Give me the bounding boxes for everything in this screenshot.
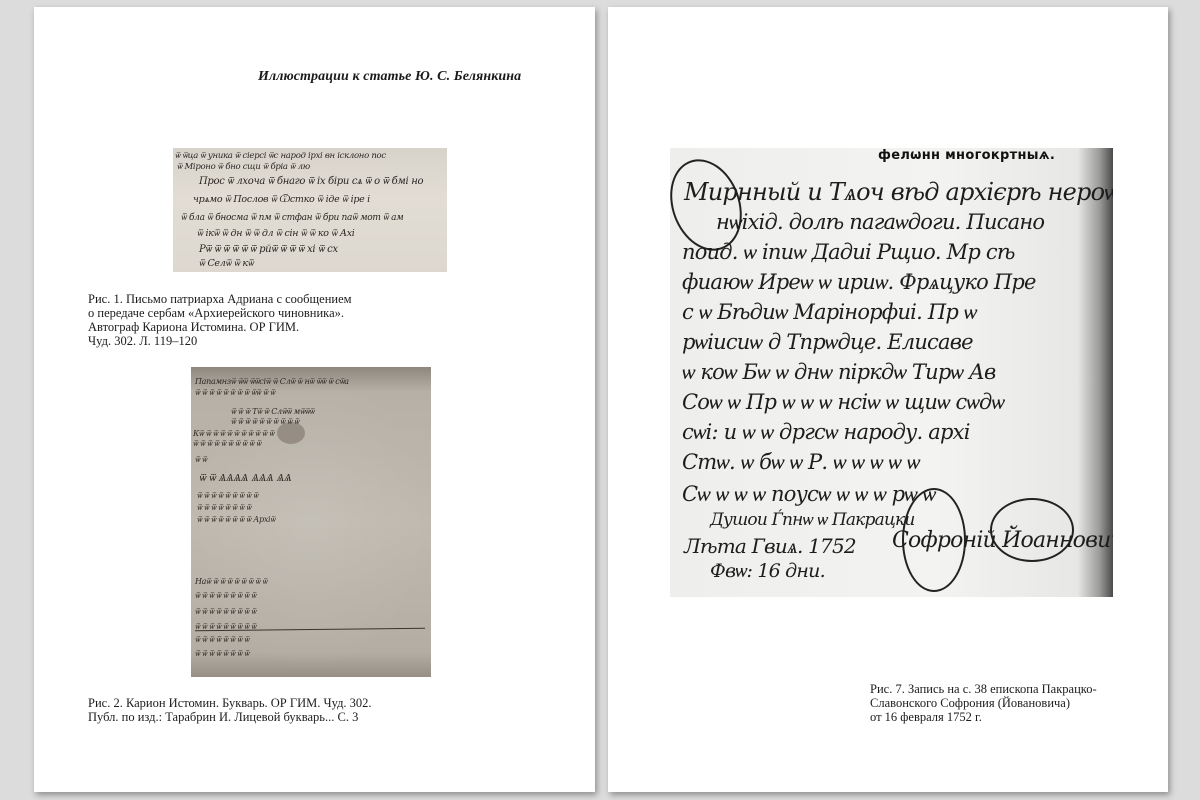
manuscript-line: ѿ ѿ ѿ ѿ ѿ ѿ ѿ ѿ Архіѿ [197, 515, 275, 524]
manuscript-line: рѡіисиѡ д Тпрѡдце. Елисаве [682, 330, 973, 355]
caption-line: Рис. 1. Письмо патриарха Адриана с сообщ… [88, 292, 352, 306]
printed-header: фелѡнн многокртныѧ. [878, 148, 1055, 163]
manuscript-line: ѿ ѿ ѿ ѿ ѿ ѿ ѿ ѿ ѿѿ ѿ ѿ [195, 388, 275, 397]
caption-line: Рис. 2. Карион Истомин. Букварь. ОР ГИМ.… [88, 696, 372, 710]
manuscript-line: Сѡ ѡ ѡ ѡ поусѡ ѡ ѡ ѡ рѡ ѡ [682, 482, 935, 507]
manuscript-line: ѿ ѿ ѿ ѿ ѿ ѿ ѿ ѿ ѿ [195, 607, 256, 616]
caption-line: Публ. по изд.: Тарабрин И. Лицевой буква… [88, 710, 372, 724]
signature: Софроній Йоаннович [892, 528, 1113, 553]
figure-2-caption: Рис. 2. Карион Истомин. Букварь. ОР ГИМ.… [88, 696, 372, 724]
manuscript-line: Стѡ. ѡ бѡ ѡ Р. ѡ ѡ ѡ ѡ ѡ [682, 450, 919, 475]
manuscript-line: ѿ ѿ ѿ ѿ ѿ ѿ ѿ ѿ [195, 635, 249, 644]
manuscript-line: ѿ бла ѿ бносма ѿ пм ѿ стфан ѿ бри паѿ мо… [181, 212, 403, 223]
manuscript-line: ѿ ѿ ѿ ѿ ѿ ѿ ѿ ѿ [197, 503, 251, 512]
figure-2-primer-image: Папамнзѿ ѿѿ ѿѿсіѿ ѿ Слѿ ѿ нѿ ѿѿ ѿ сѿа ѿ … [191, 367, 431, 677]
figure-1-manuscript-image: ѿ ѿца ѿ уника ѿ сіерсі ѿс народ ірхі вн … [173, 148, 447, 272]
manuscript-line: ѿ ікѿ ѿ дн ѿ ѿ дл ѿ сін ѿ ѿ ко ѿ Ахі [197, 228, 355, 239]
figure-1-caption: Рис. 1. Письмо патриарха Адриана с сообщ… [88, 292, 352, 348]
manuscript-line: ѿ ѿ ѦѦѦѦ ѦѦѦ ѦѦ [199, 471, 291, 484]
manuscript-line: Соѡ ѡ Пр ѡ ѡ ѡ нсіѡ ѡ щиѡ сѡдѡ [682, 390, 1004, 415]
manuscript-line: Кѿ ѿ ѿ ѿ ѿ ѿ ѿ ѿ ѿ ѿ ѿ [193, 429, 274, 438]
manuscript-line: ѿ Міроно ѿ бно сщи ѿ бріа ѿ лю [177, 161, 310, 172]
figure-7-caption: Рис. 7. Запись на с. 38 епископа Пакрацк… [870, 682, 1097, 724]
manuscript-line: Мирнный и Тѧоч вѣд архієрѣ нероѡ [684, 178, 1113, 207]
caption-line: Автограф Кариона Истомина. ОР ГИМ. [88, 320, 352, 334]
manuscript-line: фиаюѡ Иреѡ ѡ ириѡ. Фрѧцуко Пре [682, 270, 1036, 295]
manuscript-line: Лѣта Гвиѧ. 1752 [684, 534, 856, 559]
caption-line: о передаче сербам «Архиерейского чиновни… [88, 306, 352, 320]
left-page: Иллюстрации к статье Ю. С. Белянкина ѿ ѿ… [34, 7, 595, 792]
manuscript-line: ѿ ѿ ѿ ѿ ѿ ѿ ѿ ѿ ѿ [195, 591, 256, 600]
manuscript-line: Рѿ ѿ ѿ ѿ ѿ ѿ рйѿ ѿ ѿ ѿ хі ѿ сх [199, 244, 338, 255]
caption-line: Чуд. 302. Л. 119–120 [88, 334, 352, 348]
manuscript-line: ѿ ѿца ѿ уника ѿ сіерсі ѿс народ ірхі вн … [175, 150, 386, 161]
caption-line: Рис. 7. Запись на с. 38 епископа Пакрацк… [870, 682, 1097, 696]
manuscript-line: нѡіхід. долѣ пагаѡдоги. Писано [716, 210, 1044, 235]
manuscript-line: ѿ ѿ [195, 455, 207, 464]
running-head: Иллюстрации к статье Ю. С. Белянкина [258, 69, 521, 85]
manuscript-line: ѿ ѿ ѿ ѿ ѿ ѿ ѿ ѿ ѿ [197, 491, 258, 500]
manuscript-line: Наѿ ѿ ѿ ѿ ѿ ѿ ѿ ѿ ѿ [195, 577, 267, 586]
manuscript-line: ѿ ѿ ѿ Тѿ ѿ Слѿѿ мѿѿѿ [231, 407, 314, 416]
manuscript-line: Фвѡ: 16 дни. [710, 560, 825, 583]
manuscript-line: ѿ Селѿ ѿ кѿ [199, 258, 254, 269]
book-spread: Иллюстрации к статье Ю. С. Белянкина ѿ ѿ… [0, 0, 1200, 800]
manuscript-line: поид. ѡ іпиѡ Дадиі Рщио. Мр сѣ [682, 240, 1015, 265]
manuscript-line: сѡі: и ѡ ѡ дргсѡ народу. архі [682, 420, 970, 445]
manuscript-line: ѿ ѿ ѿ ѿ ѿ ѿ ѿ ѿ [195, 649, 249, 658]
right-page: фелѡнн многокртныѧ. Мирнный и Тѧоч вѣд а… [608, 7, 1168, 792]
manuscript-line: ѡ коѡ Бѡ ѡ днѡ піркдѡ Тирѡ Ав [682, 360, 995, 385]
manuscript-line: Душои Ѓпнѡ ѡ Пакрацки [710, 510, 915, 530]
manuscript-line: Папамнзѿ ѿѿ ѿѿсіѿ ѿ Слѿ ѿ нѿ ѿѿ ѿ сѿа [195, 377, 349, 386]
caption-line: Славонского Софрония (Йовановича) [870, 696, 1097, 710]
manuscript-line: Прос ѿ лхоча ѿ бнаго ѿ іх біри сѧ ѿ о ѿ … [199, 176, 423, 187]
manuscript-line: ѿ ѿ ѿ ѿ ѿ ѿ ѿ ѿ ѿ ѿ [193, 439, 261, 448]
manuscript-line: ѿ ѿ ѿ ѿ ѿ ѿ ѿ ѿ ѿ ѿ [231, 417, 299, 426]
caption-line: от 16 февраля 1752 г. [870, 710, 1097, 724]
figure-7-manuscript-image: фелѡнн многокртныѧ. Мирнный и Тѧоч вѣд а… [670, 148, 1113, 597]
manuscript-line: чрѧмо ѿ Послов ѿ Ѿстко ѿ іде ѿ іре і [193, 194, 370, 205]
manuscript-line: с ѡ Бѣдиѡ Марінорфиі. Пр ѡ [682, 300, 976, 325]
